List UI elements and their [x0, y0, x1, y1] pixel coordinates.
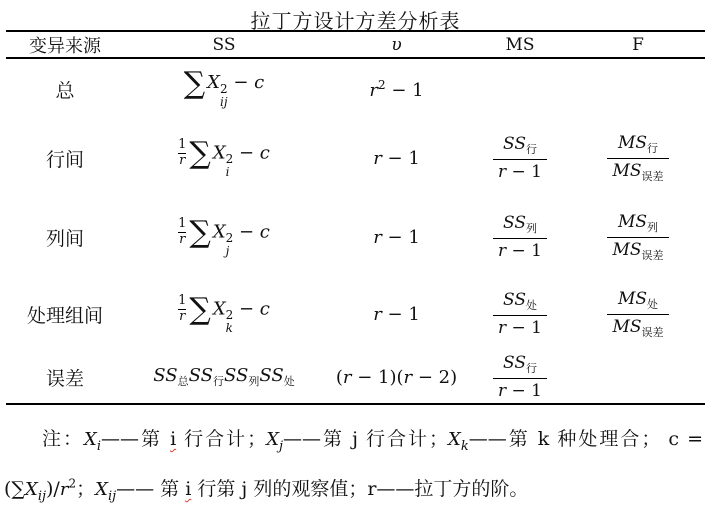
f-cols: MS列 MS误差	[607, 212, 668, 263]
ss-formula-cols: 1r∑X2j − c	[178, 217, 270, 258]
stat-symbol: SS	[224, 365, 248, 386]
math-var: r	[404, 367, 413, 388]
ss-formula-rows: 1r∑X2i − c	[178, 138, 270, 179]
one-over-r: 1r	[178, 217, 186, 248]
math-var: X	[207, 72, 220, 93]
math-tail: − 2)	[412, 367, 457, 388]
index: ij	[38, 489, 46, 504]
df-total: r2 − 1	[369, 78, 423, 101]
stat-symbol: MS	[618, 212, 647, 232]
df-rows: r − 1	[373, 148, 420, 169]
stat-symbol: SS	[153, 365, 177, 386]
stat-symbol: SS	[189, 365, 213, 386]
ms-fraction: SS行 r − 1	[493, 134, 547, 182]
note-text: ；	[76, 478, 95, 500]
footnote-line-2: (∑Xij)/r2；Xij—— 第 i 行第 j 列的观察值；r——拉丁方的阶。	[4, 474, 709, 504]
sum-symbol: ∑	[189, 215, 210, 250]
stat-symbol: SS	[259, 365, 283, 386]
stat-symbol: SS	[503, 290, 526, 310]
frac-den: r − 1	[493, 378, 547, 401]
note-lead: 注：	[42, 428, 84, 450]
math-var: X	[213, 298, 226, 319]
frac-num: MS处	[607, 289, 668, 314]
ms-fraction: SS行 r − 1	[493, 353, 547, 401]
table-row-rows: 行间 1r∑X2i − c r − 1 SS行 r − 1 MS行 MS误差	[6, 119, 705, 197]
math-tail: − c	[228, 72, 265, 93]
math-tail: − 1	[506, 381, 542, 401]
ss-formula-error: SS总SS行SS列SS处	[153, 365, 294, 389]
stat-symbol: MS	[612, 317, 641, 337]
note-text: 行合计；	[176, 428, 266, 450]
stat-symbol: MS	[618, 133, 647, 153]
stat-symbol: MS	[612, 161, 641, 181]
math-tail: − 1	[506, 241, 542, 261]
exponent: 2	[68, 477, 76, 491]
footnote-line-1: 注：Xi——第 i 行合计；Xj——第 j 行合计；Xk——第 k 种处理合； …	[0, 424, 711, 454]
frac-den: r − 1	[493, 315, 547, 338]
math-var: r	[373, 148, 382, 169]
stat-subscript: 列	[526, 222, 537, 235]
ss-formula-total: ∑X2ij − c	[184, 69, 265, 108]
math-var: X	[95, 479, 108, 500]
frac-den: r − 1	[493, 238, 547, 261]
stat-subscript: 误差	[642, 170, 664, 183]
math-var: X	[25, 479, 38, 500]
ms-fraction: SS列 r − 1	[493, 213, 547, 261]
math-var: r	[373, 227, 382, 248]
table-row-cols: 列间 1r∑X2j − c r − 1 SS列 r − 1 MS列 MS误差	[6, 197, 705, 277]
frac-num: SS列	[493, 213, 547, 238]
math-tail: − 1	[382, 304, 420, 325]
ms-fraction: SS处 r − 1	[493, 290, 547, 338]
row-label-treatments: 处理组间	[27, 301, 103, 328]
exponent: 2	[378, 78, 386, 92]
note-text: 行第 j 列的观察值；r——拉丁方的阶。	[191, 478, 528, 500]
frac-num: SS处	[493, 290, 547, 315]
math-var: r	[498, 241, 506, 261]
supsub: 2ij	[220, 83, 228, 108]
sum-symbol: ∑	[184, 66, 205, 101]
f-fraction: MS处 MS误差	[607, 289, 668, 340]
header-df: υ	[391, 35, 401, 55]
header-f: F	[632, 35, 644, 55]
df-treatments: r − 1	[373, 304, 420, 325]
frac-den: r	[178, 232, 186, 248]
row-label-error: 误差	[46, 364, 84, 391]
math-tail: − 1	[506, 318, 542, 338]
df-error: (r − 1)(r − 2)	[336, 367, 457, 388]
stat-subscript: 处	[526, 299, 537, 312]
stat-subscript: 总	[178, 375, 189, 388]
sum-symbol: ∑	[189, 136, 210, 171]
math-tail: − 1)(	[352, 367, 404, 388]
header-ms: MS	[505, 35, 534, 55]
row-label-rows: 行间	[46, 145, 84, 172]
math-var: X	[84, 429, 97, 450]
table-row-total: 总 ∑X2ij − c r2 − 1	[6, 59, 705, 119]
frac-num: SS行	[493, 134, 547, 159]
one-over-r: 1r	[178, 294, 186, 325]
stat-symbol: MS	[618, 289, 647, 309]
math-var: r	[343, 367, 352, 388]
index: ij	[220, 96, 228, 109]
ms-cols: SS列 r − 1	[493, 213, 547, 261]
frac-den: r	[178, 153, 186, 169]
frac-den: r	[178, 309, 186, 325]
stat-subscript: 列	[647, 221, 658, 234]
math-var: r	[498, 318, 506, 338]
stat-symbol: MS	[612, 240, 641, 260]
frac-den: MS误差	[607, 314, 668, 340]
math-var: X	[448, 429, 461, 450]
stat-subscript: 误差	[642, 326, 664, 339]
note-text: ——第 k 种处理合； c =	[469, 428, 703, 450]
stat-subscript: 处	[284, 375, 295, 388]
math-tail: − c	[233, 298, 270, 319]
math-var: X	[213, 142, 226, 163]
stat-symbol: SS	[503, 353, 526, 373]
stat-subscript: 处	[647, 298, 658, 311]
one-over-r: 1r	[178, 138, 186, 169]
row-label-total: 总	[55, 76, 74, 103]
stat-symbol: SS	[503, 213, 526, 233]
f-fraction: MS列 MS误差	[607, 212, 668, 263]
math-tail: − c	[233, 142, 270, 163]
ss-formula-treatments: 1r∑X2k − c	[178, 294, 270, 335]
frac-num: MS列	[607, 212, 668, 237]
f-treatments: MS处 MS误差	[607, 289, 668, 340]
note-text: )/	[46, 478, 60, 500]
math-tail: − 1	[506, 162, 542, 182]
stat-symbol: SS	[503, 134, 526, 154]
paren: (	[336, 367, 343, 388]
header-source: 变异来源	[29, 32, 101, 58]
stat-subscript: 行	[526, 143, 537, 156]
note-text: ——第	[101, 428, 170, 450]
stat-subscript: 行	[647, 142, 658, 155]
frac-den: r − 1	[493, 159, 547, 182]
index: k	[226, 322, 234, 335]
row-label-cols: 列间	[46, 224, 84, 251]
ms-error: SS行 r − 1	[493, 353, 547, 401]
index: ij	[108, 489, 116, 504]
note-text: (∑	[4, 478, 25, 500]
frac-num: SS行	[493, 353, 547, 378]
f-rows: MS行 MS误差	[607, 133, 668, 184]
index: j	[226, 245, 234, 258]
index: i	[226, 166, 234, 179]
table-row-treatments: 处理组间 1r∑X2k − c r − 1 SS处 r − 1 MS处 MS误差	[6, 277, 705, 351]
frac-den: MS误差	[607, 237, 668, 263]
df-cols: r − 1	[373, 227, 420, 248]
math-tail: − c	[233, 221, 270, 242]
table-row-error: 误差 SS总SS行SS列SS处 (r − 1)(r − 2) SS行 r − 1	[6, 351, 705, 403]
f-fraction: MS行 MS误差	[607, 133, 668, 184]
index: k	[461, 439, 469, 454]
math-tail: − 1	[386, 80, 424, 101]
table-header-row: 变异来源 SS υ MS F	[6, 32, 705, 59]
frac-num: 1	[178, 138, 186, 153]
math-var: X	[266, 429, 279, 450]
header-ss: SS	[213, 35, 236, 55]
frac-num: 1	[178, 217, 186, 232]
stat-subscript: 误差	[642, 249, 664, 262]
math-tail: − 1	[382, 148, 420, 169]
stat-subscript: 行	[526, 362, 537, 375]
ms-rows: SS行 r − 1	[493, 134, 547, 182]
math-var: r	[498, 381, 506, 401]
anova-table: 变异来源 SS υ MS F 总 ∑X2ij − c r2 − 1 行间 1r∑…	[6, 30, 705, 405]
sum-symbol: ∑	[189, 292, 210, 327]
math-var: r	[373, 304, 382, 325]
math-var: r	[369, 80, 378, 101]
note-text: ——第 j 行合计；	[283, 428, 448, 450]
stat-subscript: 列	[248, 375, 259, 388]
frac-den: MS误差	[607, 158, 668, 184]
math-var: r	[498, 162, 506, 182]
math-var: X	[213, 221, 226, 242]
frac-num: 1	[178, 294, 186, 309]
frac-num: MS行	[607, 133, 668, 158]
note-text: —— 第	[116, 478, 185, 500]
document-page: 拉丁方设计方差分析表 变异来源 SS υ MS F 总 ∑X2ij − c r2…	[0, 0, 711, 508]
math-tail: − 1	[382, 227, 420, 248]
ms-treatments: SS处 r − 1	[493, 290, 547, 338]
stat-subscript: 行	[213, 375, 224, 388]
